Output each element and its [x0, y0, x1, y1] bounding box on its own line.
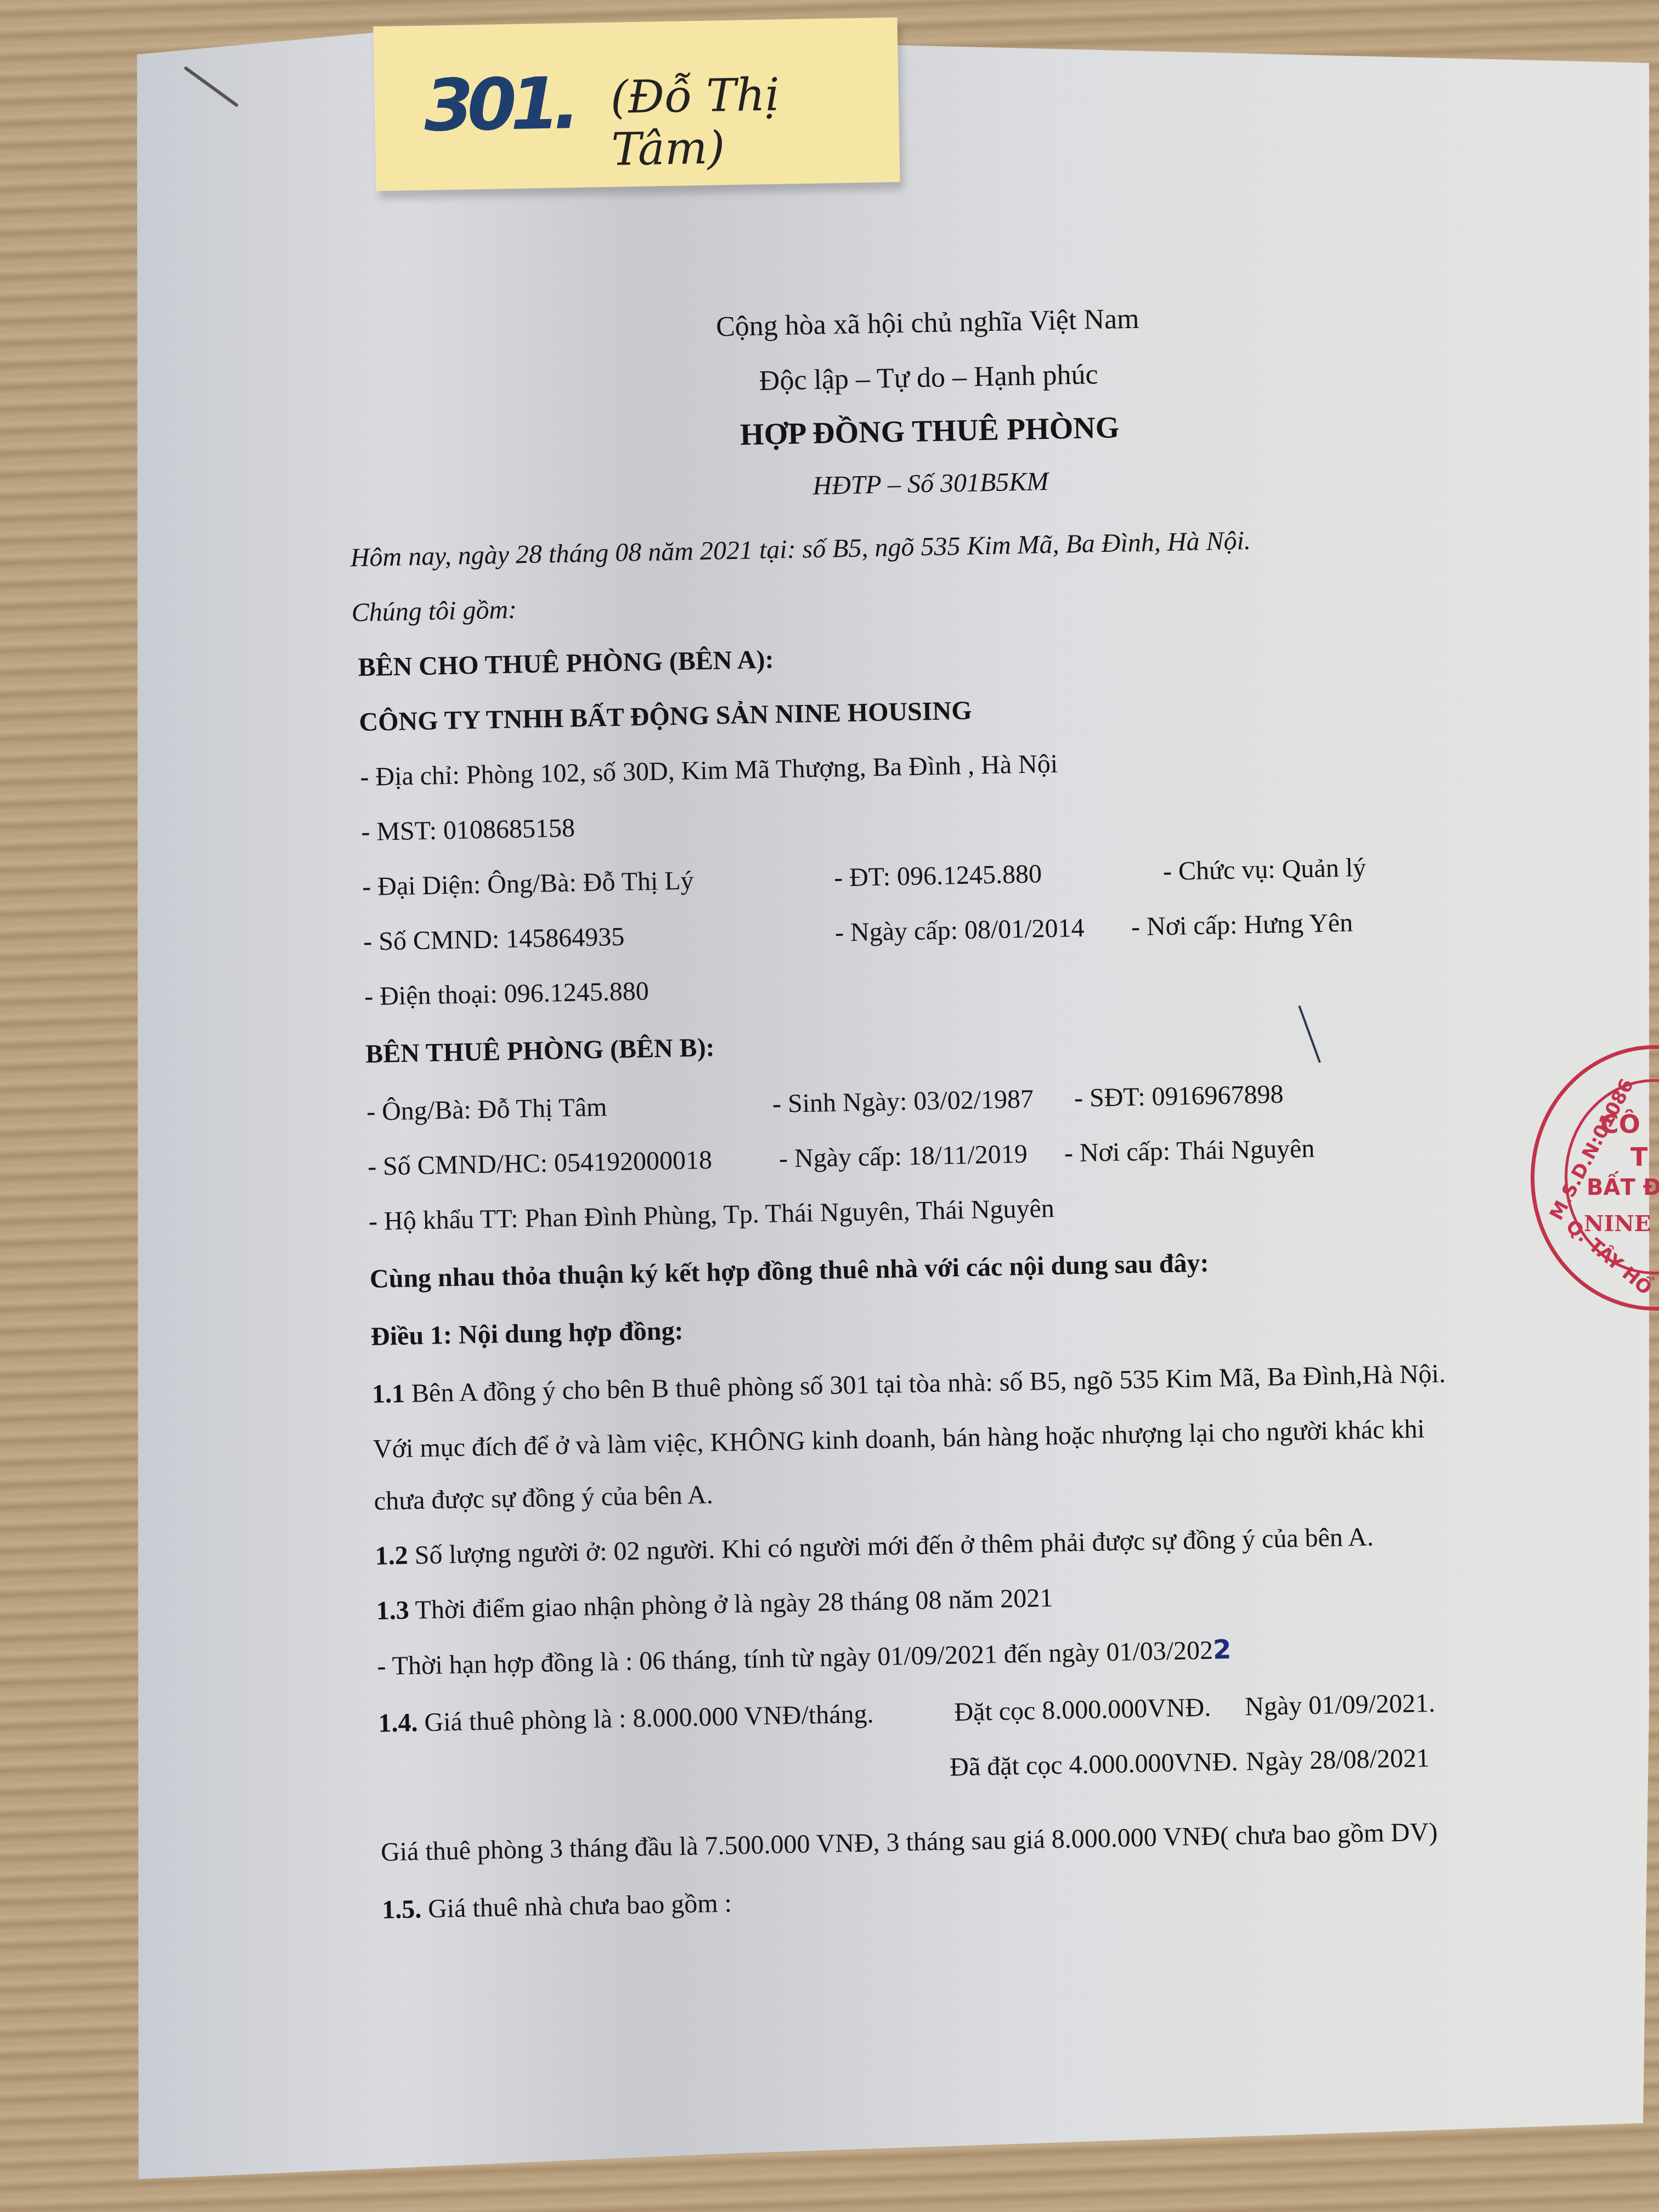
- handwritten-correction: 2: [1212, 1634, 1231, 1666]
- stamp-line-2: T: [1630, 1142, 1647, 1172]
- clause-1-3-number: 1.3: [376, 1596, 409, 1626]
- clause-1-4-number: 1.4.: [378, 1708, 418, 1737]
- party-b-dob: - Sinh Ngày: 03/02/1987: [772, 1084, 1034, 1119]
- party-b-id-issue-date: - Ngày cấp: 18/11/2019: [778, 1139, 1028, 1174]
- sticky-tenant-name: (Đỗ Thị Tâm): [610, 67, 900, 176]
- stamp-line-1: CÔ: [1600, 1109, 1640, 1139]
- party-a-id-number: - Số CMND: 145864935: [363, 922, 625, 957]
- party-a-id-issue-place: - Nơi cấp: Hưng Yên: [1131, 907, 1353, 942]
- intro-we-include: Chúng tôi gồm:: [351, 595, 517, 628]
- party-a-rep-phone: - ĐT: 096.1245.880: [834, 859, 1042, 893]
- stamp-line-3: BẤT Đ: [1587, 1175, 1659, 1200]
- clause-1-4-deposit-date: Ngày 01/09/2021.: [1245, 1688, 1436, 1722]
- party-b-phone: - SĐT: 0916967898: [1074, 1079, 1284, 1113]
- party-a-tax-code: - MST: 0108685158: [361, 813, 575, 847]
- sticky-note: 301. (Đỗ Thị Tâm): [373, 18, 900, 191]
- clause-1-5-text: Giá thuê nhà chưa bao gồm :: [428, 1888, 732, 1923]
- clause-1-2-number: 1.2: [375, 1541, 408, 1571]
- party-a-phone: - Điện thoại: 096.1245.880: [364, 976, 650, 1012]
- party-b-name: - Ông/Bà: Đỗ Thị Tâm: [366, 1092, 607, 1127]
- sticky-room-number: 301.: [424, 61, 574, 148]
- clause-1-4-deposit: Đặt cọc 8.000.000VNĐ.: [954, 1692, 1211, 1728]
- party-a-representative: - Đại Diện: Ông/Bà: Đỗ Thị Lý: [362, 865, 694, 902]
- clause-1-4-paid-date: Ngày 28/08/2021: [1246, 1743, 1430, 1776]
- party-a-position: - Chức vụ: Quản lý: [1163, 853, 1366, 887]
- clause-1-4-paid-deposit: Đã đặt cọc 4.000.000VNĐ.: [950, 1747, 1238, 1782]
- article-1-heading: Điều 1: Nội dung hợp đồng:: [371, 1316, 684, 1352]
- stamp-line-4: NINE H: [1584, 1211, 1659, 1237]
- clause-1-5-number: 1.5.: [382, 1894, 422, 1924]
- clause-1-1-number: 1.1: [372, 1379, 405, 1409]
- party-a-id-issue-date: - Ngày cấp: 08/01/2014: [835, 913, 1085, 948]
- party-b-id-issue-place: - Nơi cấp: Thái Nguyên: [1064, 1133, 1314, 1169]
